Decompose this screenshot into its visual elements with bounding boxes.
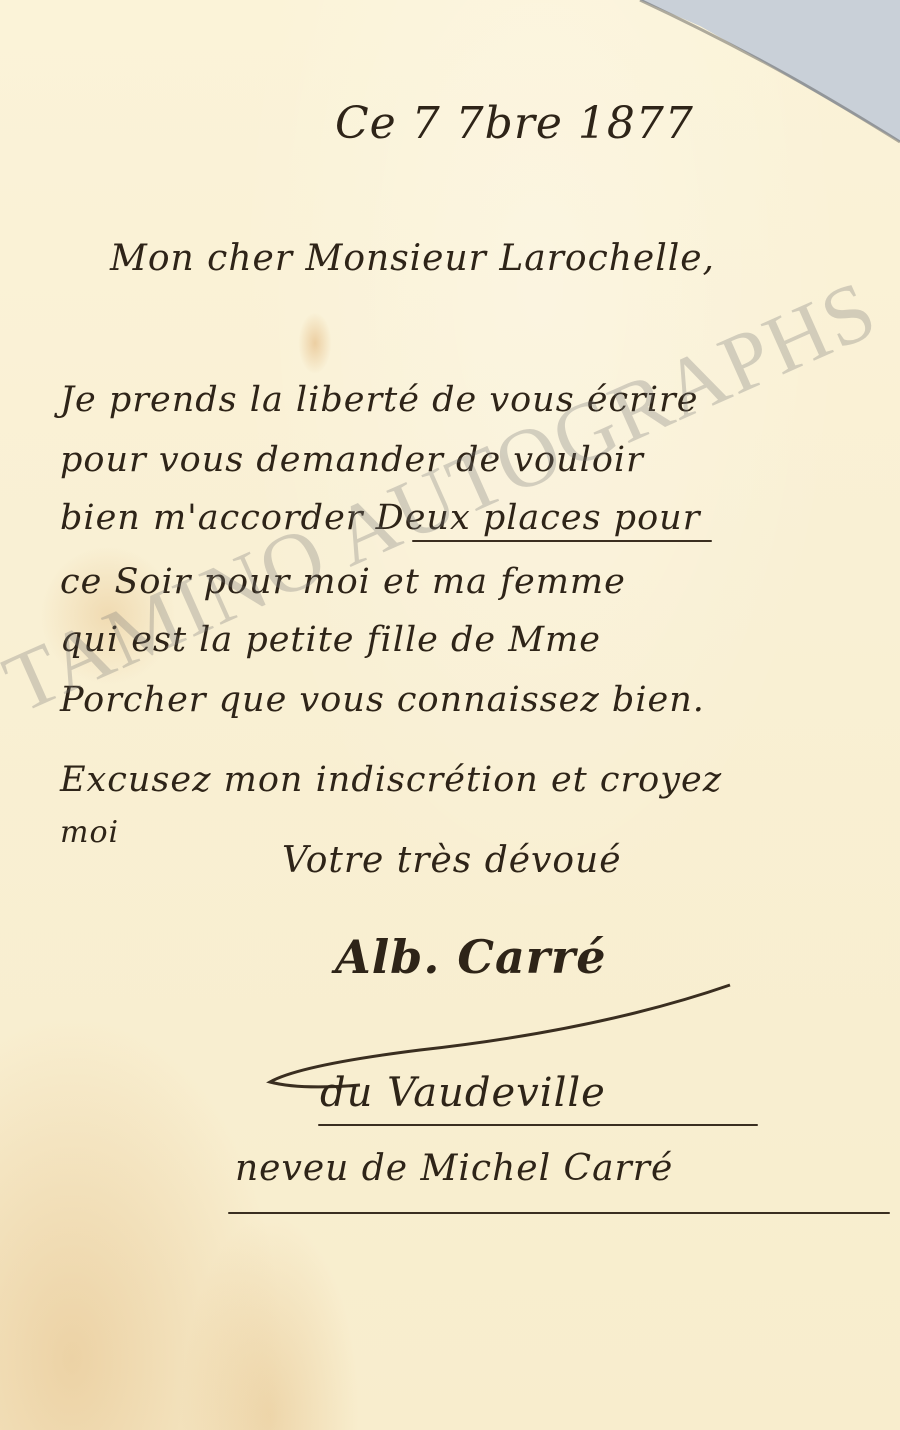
- body-line-3: bien m'accorder Deux places pour: [60, 498, 700, 538]
- body-line-5: qui est la petite fille de Mme: [60, 620, 601, 660]
- letter-signature: Alb. Carré: [335, 930, 607, 984]
- body-line-7: Excusez mon indiscrétion et croyez: [60, 760, 722, 800]
- deux-places-underline: [412, 540, 712, 542]
- affiliation-underline: [318, 1124, 758, 1126]
- letter-date: Ce 7 7bre 1877: [335, 98, 694, 149]
- relation-underline: [228, 1212, 890, 1214]
- letter-salutation: Mon cher Monsieur Larochelle,: [110, 238, 715, 279]
- body-line-6: Porcher que vous connaissez bien.: [60, 680, 705, 720]
- body-line-8: moi: [60, 815, 119, 850]
- body-line-1: Je prends la liberté de vous écrire: [60, 380, 698, 420]
- body-line-2: pour vous demander de vouloir: [60, 440, 644, 480]
- letter-closing: Votre très dévoué: [282, 840, 622, 881]
- body-line-4: ce Soir pour moi et ma femme: [60, 562, 626, 602]
- body-line-3-text: bien m'accorder Deux places pour: [60, 498, 700, 538]
- letter-affiliation: du Vaudeville: [320, 1070, 606, 1116]
- letter-relation: neveu de Michel Carré: [235, 1148, 673, 1189]
